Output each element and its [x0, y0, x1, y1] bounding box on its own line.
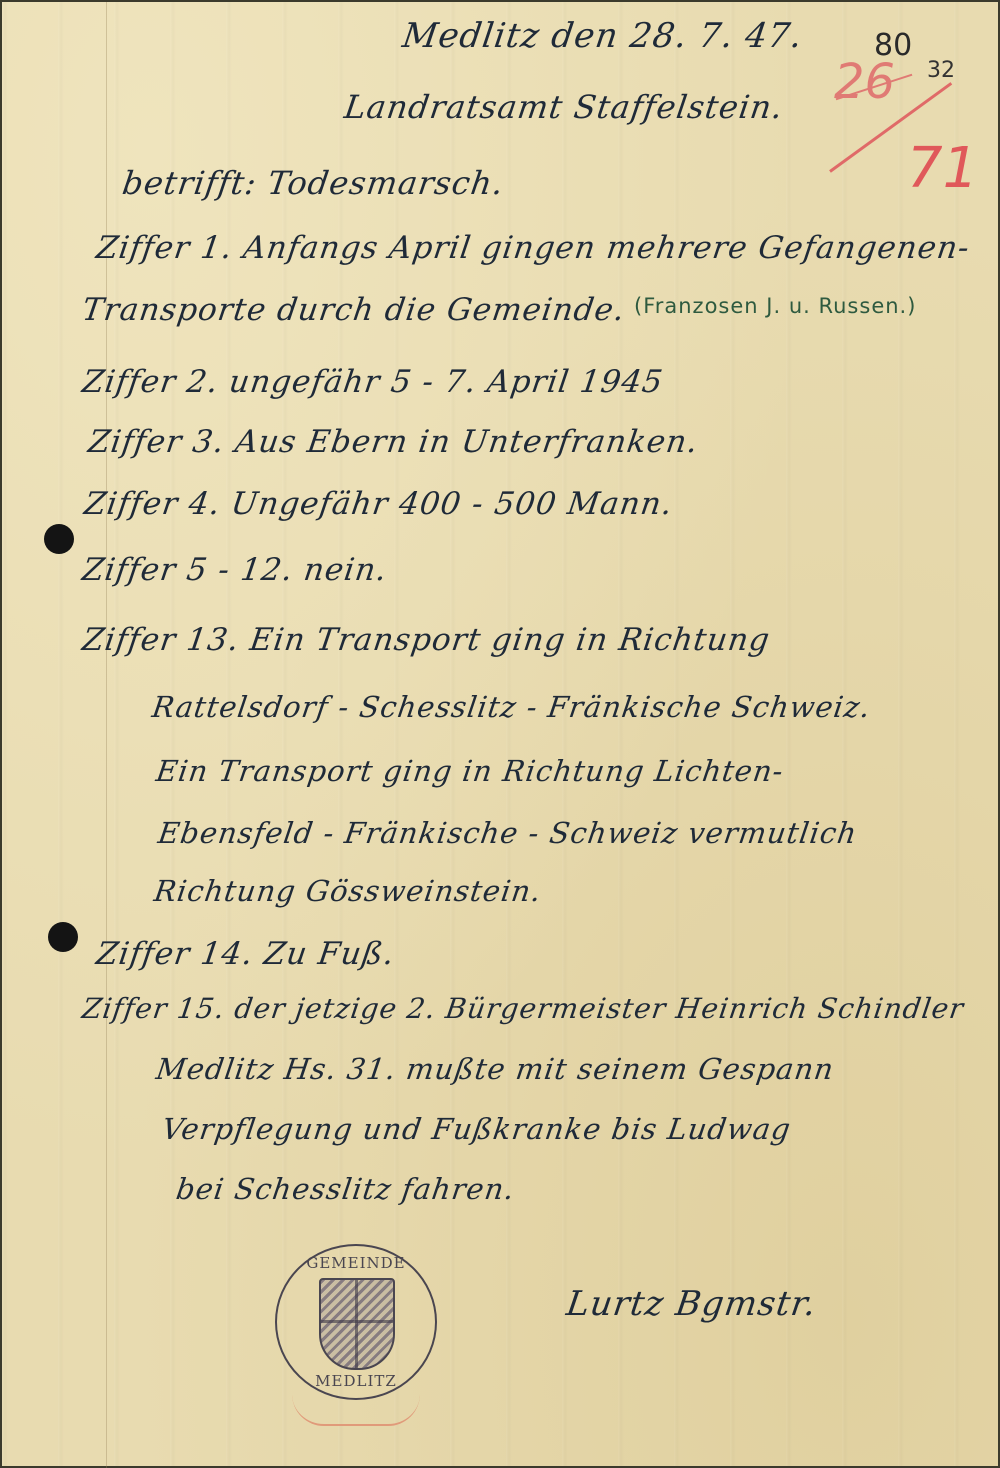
archive-subnumber: 32 — [927, 58, 955, 83]
place-date: Medlitz den 28. 7. 47. — [400, 16, 805, 56]
shield-divider-vertical — [355, 1280, 358, 1368]
coat-of-arms-icon — [319, 1278, 395, 1370]
line-ziffer-1: Ziffer 1. Anfangs April gingen mehrere G… — [94, 230, 972, 266]
line-ziffer-15-cont-2: Verpflegung und Fußkranke bis Ludwag — [160, 1112, 793, 1146]
line-ziffer-13-route-1: Rattelsdorf - Schesslitz - Fränkische Sc… — [150, 690, 873, 724]
line-ziffer-15: Ziffer 15. der jetzige 2. Bürgermeister … — [80, 992, 966, 1025]
archive-number-red: 71 — [907, 136, 978, 201]
line-ziffer-4: Ziffer 4. Ungefähr 400 - 500 Mann. — [82, 486, 675, 522]
line-ziffer-2: Ziffer 2. ungefähr 5 - 7. April 1945 — [80, 364, 666, 400]
line-ziffer-13-route-2b: Ebensfeld - Fränkische - Schweiz vermutl… — [156, 816, 859, 850]
line-ziffer-14: Ziffer 14. Zu Fuß. — [94, 936, 397, 972]
stamp-top-text: GEMEINDE — [277, 1254, 435, 1272]
municipal-stamp: GEMEINDE MEDLITZ — [275, 1244, 437, 1400]
punch-hole-bottom — [48, 922, 78, 952]
line-ziffer-13-route-2a: Ein Transport ging in Richtung Lichten- — [154, 754, 786, 788]
line-ziffer-15-cont-3: bei Schesslitz fahren. — [174, 1172, 517, 1206]
line-ziffer-1-cont: Transporte durch die Gemeinde. — [80, 292, 627, 328]
line-ziffer-13-route-2c: Richtung Gössweinstein. — [152, 874, 544, 908]
red-pencil-arc — [292, 1394, 420, 1426]
margin-line — [106, 2, 107, 1468]
line-ziffer-3: Ziffer 3. Aus Ebern in Unterfranken. — [86, 424, 701, 460]
shield-divider-horizontal — [321, 1320, 393, 1323]
punch-hole-top — [44, 524, 74, 554]
line-ziffer-5-12: Ziffer 5 - 12. nein. — [80, 552, 390, 588]
signature: Lurtz Bgmstr. — [564, 1284, 819, 1324]
inserted-note: (Franzosen J. u. Russen.) — [634, 294, 916, 318]
document-page: Medlitz den 28. 7. 47. Landratsamt Staff… — [0, 0, 1000, 1468]
line-ziffer-13: Ziffer 13. Ein Transport ging in Richtun… — [80, 622, 772, 658]
recipient: Landratsamt Staffelstein. — [342, 88, 786, 126]
subject: betrifft: Todesmarsch. — [120, 164, 506, 202]
line-ziffer-15-cont-1: Medlitz Hs. 31. mußte mit seinem Gespann — [154, 1052, 836, 1086]
stamp-bottom-text: MEDLITZ — [277, 1372, 435, 1390]
